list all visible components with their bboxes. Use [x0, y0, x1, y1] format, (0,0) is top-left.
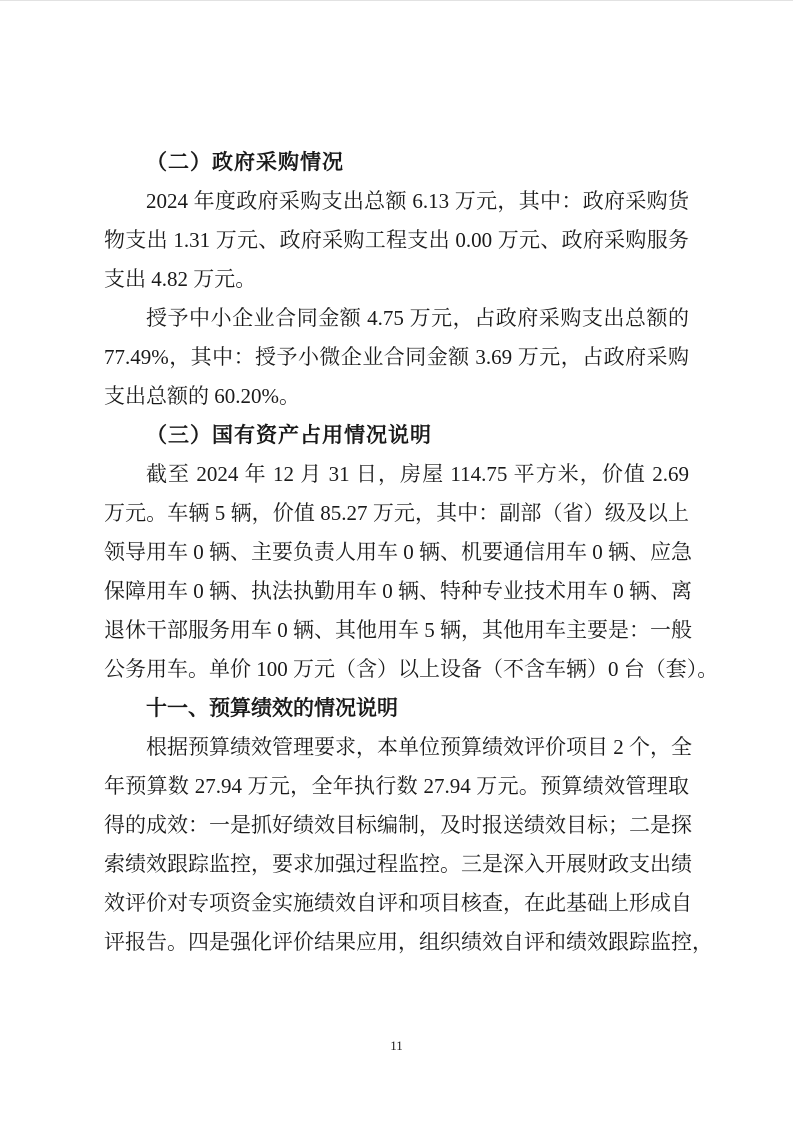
paragraph-line: 万元。车辆 5 辆，价值 85.27 万元，其中：副部（省）级及以上 — [104, 494, 689, 533]
section-2-heading: （二）政府采购情况 — [104, 143, 689, 182]
paragraph-line: 保障用车 0 辆、执法执勤用车 0 辆、特种专业技术用车 0 辆、离 — [104, 572, 689, 611]
paragraph-line: 年预算数 27.94 万元，全年执行数 27.94 万元。预算绩效管理取 — [104, 767, 689, 806]
section-11-heading: 十一、预算绩效的情况说明 — [104, 689, 689, 728]
paragraph-line: 支出 4.82 万元。 — [104, 260, 689, 299]
paragraph-line: 效评价对专项资金实施绩效自评和项目核查，在此基础上形成自 — [104, 884, 689, 923]
paragraph-line: 2024 年度政府采购支出总额 6.13 万元，其中：政府采购货 — [104, 182, 689, 221]
paragraph-line: 索绩效跟踪监控，要求加强过程监控。三是深入开展财政支出绩 — [104, 845, 689, 884]
paragraph-line: 公务用车。单价 100 万元（含）以上设备（不含车辆）0 台（套）。 — [104, 650, 689, 689]
paragraph-line: 得的成效：一是抓好绩效目标编制，及时报送绩效目标；二是探 — [104, 806, 689, 845]
section-3-heading: （三）国有资产占用情况说明 — [104, 416, 689, 455]
document-page: （二）政府采购情况 2024 年度政府采购支出总额 6.13 万元，其中：政府采… — [0, 0, 793, 1122]
paragraph-line: 评报告。四是强化评价结果应用，组织绩效自评和绩效跟踪监控， — [104, 923, 689, 962]
paragraph-line: 77.49%，其中：授予小微企业合同金额 3.69 万元，占政府采购 — [104, 338, 689, 377]
paragraph-line: 根据预算绩效管理要求，本单位预算绩效评价项目 2 个，全 — [104, 728, 689, 767]
paragraph-line: 物支出 1.31 万元、政府采购工程支出 0.00 万元、政府采购服务 — [104, 221, 689, 260]
paragraph-line: 领导用车 0 辆、主要负责人用车 0 辆、机要通信用车 0 辆、应急 — [104, 533, 689, 572]
paragraph-line: 支出总额的 60.20%。 — [104, 377, 689, 416]
paragraph-line: 退休干部服务用车 0 辆、其他用车 5 辆，其他用车主要是：一般 — [104, 611, 689, 650]
content-area: （二）政府采购情况 2024 年度政府采购支出总额 6.13 万元，其中：政府采… — [104, 143, 689, 962]
paragraph-line: 截至 2024 年 12 月 31 日，房屋 114.75 平方米，价值 2.6… — [104, 455, 689, 494]
paragraph-line: 授予中小企业合同金额 4.75 万元，占政府采购支出总额的 — [104, 299, 689, 338]
page-number: 11 — [0, 1037, 793, 1055]
